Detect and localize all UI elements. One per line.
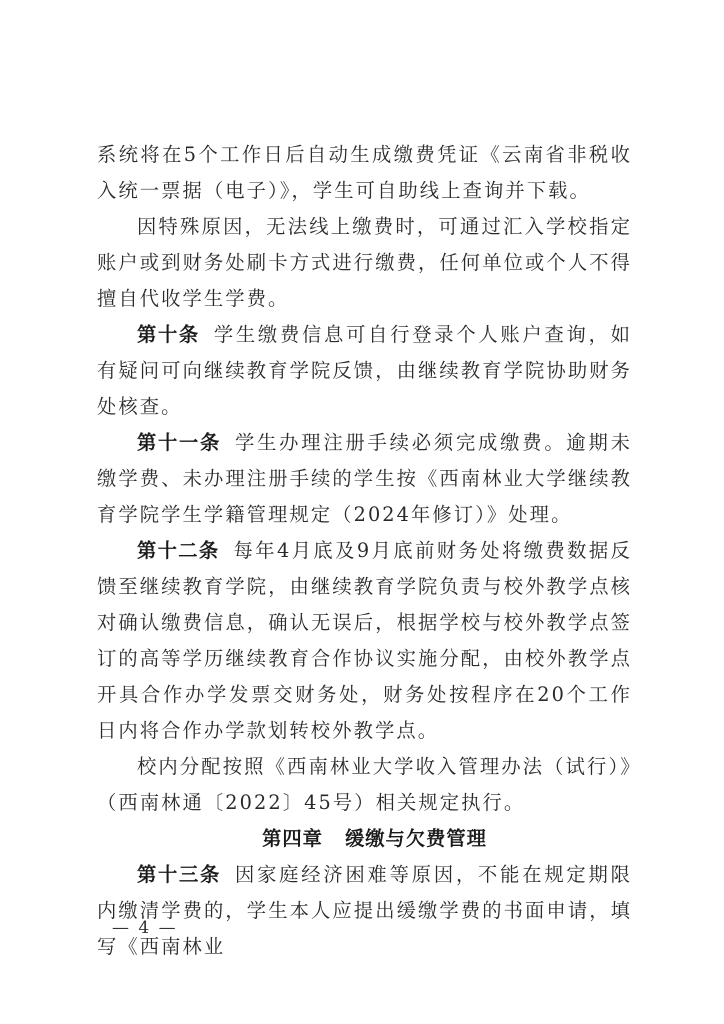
chapter-heading: 第四章缓缴与欠费管理 xyxy=(97,821,632,857)
chapter-title: 缓缴与欠费管理 xyxy=(345,827,487,850)
page-number: — 4 — xyxy=(112,918,178,938)
article-12: 第十二条每年4月底及9月底前财务处将缴费数据反馈至继续教育学院，由继续教育学院负… xyxy=(97,533,632,749)
article-number: 第十条 xyxy=(137,323,200,346)
paragraph-voucher: 系统将在5个工作日后自动生成缴费凭证《云南省非税收入统一票据（电子）》，学生可自… xyxy=(97,137,632,209)
article-number: 第十一条 xyxy=(137,431,221,454)
paragraph-text: 校内分配按照《西南林业大学收入管理办法（试行）》（西南林通〔2022〕45号）相… xyxy=(97,755,632,814)
paragraph-special-payment: 因特殊原因，无法线上缴费时，可通过汇入学校指定账户或到财务处刷卡方式进行缴费，任… xyxy=(97,209,632,317)
article-13: 第十三条因家庭经济困难等原因，不能在规定期限内缴清学费的，学生本人应提出缓缴学费… xyxy=(97,857,632,965)
article-number: 第十三条 xyxy=(137,863,221,886)
article-11: 第十一条学生办理注册手续必须完成缴费。逾期未缴学费、未办理注册手续的学生按《西南… xyxy=(97,425,632,533)
paragraph-text: 每年4月底及9月底前财务处将缴费数据反馈至继续教育学院，由继续教育学院负责与校外… xyxy=(97,539,632,742)
document-page: 系统将在5个工作日后自动生成缴费凭证《云南省非税收入统一票据（电子）》，学生可自… xyxy=(0,0,724,1024)
chapter-number: 第四章 xyxy=(262,827,323,850)
article-number: 第十二条 xyxy=(137,539,220,562)
paragraph-internal-allocation: 校内分配按照《西南林业大学收入管理办法（试行）》（西南林通〔2022〕45号）相… xyxy=(97,749,632,821)
paragraph-text: 系统将在5个工作日后自动生成缴费凭证《云南省非税收入统一票据（电子）》，学生可自… xyxy=(97,143,632,202)
paragraph-text: 因特殊原因，无法线上缴费时，可通过汇入学校指定账户或到财务处刷卡方式进行缴费，任… xyxy=(97,215,632,310)
document-body: 系统将在5个工作日后自动生成缴费凭证《云南省非税收入统一票据（电子）》，学生可自… xyxy=(97,137,632,965)
article-10: 第十条学生缴费信息可自行登录个人账户查询，如有疑问可向继续教育学院反馈，由继续教… xyxy=(97,317,632,425)
